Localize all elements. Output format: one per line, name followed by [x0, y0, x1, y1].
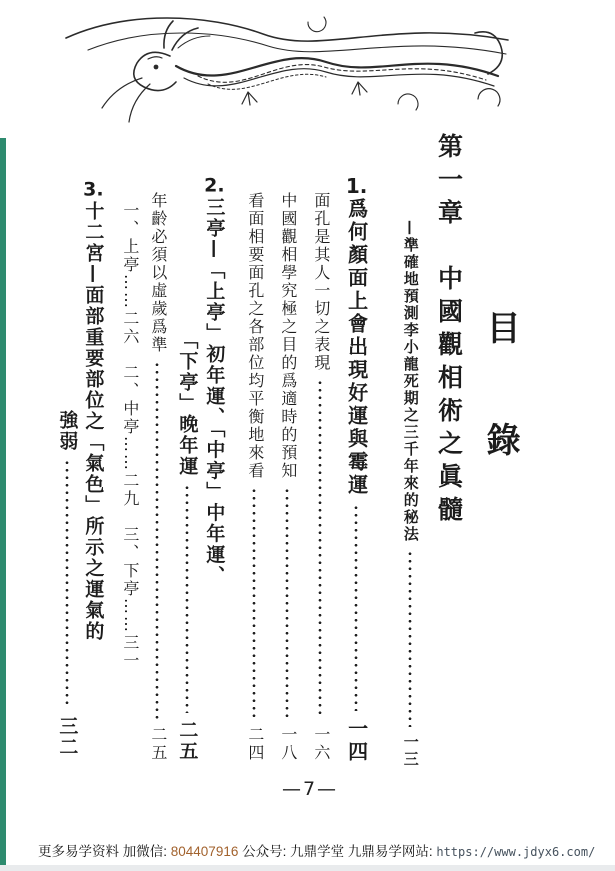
toc-entry-sec1-sub3: 看面相要面孔之各部位均平衡地來看 二四 — [245, 192, 264, 762]
dragon-illustration — [58, 4, 513, 130]
footer-wechat-number: 804407916 — [171, 844, 239, 859]
chapter-title: 第一章 中國觀相術之眞髓 — [434, 133, 464, 553]
entry-page-number: 一六 — [311, 726, 330, 762]
toc-entry-section-1: 1. 爲何顏面上會出現好運與霉運 一四 — [344, 176, 368, 764]
toc-entry-sec1-sub1: 面孔是其人一切之表現 一六 — [311, 192, 330, 762]
entry-text: 三亭—「上亭」初年運、「中亭」中年運、 — [203, 197, 225, 587]
left-accent-strip — [0, 138, 6, 871]
toc-entry-section-3-line2: 強弱 三二 — [56, 410, 78, 758]
leader-dots — [64, 459, 70, 709]
toc-heading-text: 目錄 — [480, 310, 520, 534]
toc-heading: 目錄 — [480, 310, 520, 560]
leader-dots — [407, 550, 413, 727]
footer: 更多易学资料 加微信: 804407916 公众号: 九鼎学堂 九鼎易学网站: … — [0, 841, 615, 865]
entry-page-number: 三二 — [56, 716, 78, 758]
leader-dots — [284, 487, 290, 719]
entry-text: 面孔是其人一切之表現 — [311, 192, 330, 372]
entry-text: 十二宮—面部重要部位之「氣色」所示之運氣的 — [82, 201, 104, 642]
leader-dots — [184, 484, 190, 713]
entry-page-number: 二五 — [176, 720, 198, 762]
toc-entry-section-2-line2: 「下亭」晚年運 二五 — [176, 330, 198, 762]
entry-text: 「下亭」晚年運 — [176, 330, 198, 477]
toc-entry-sec2-sub1: 年齡必須以虛歲爲準 二五 — [148, 192, 167, 762]
leader-dots — [353, 504, 359, 711]
leader-dots — [154, 361, 160, 719]
footer-middle: 公众号: 九鼎学堂 九鼎易学网站: — [238, 844, 436, 859]
entry-text: 看面相要面孔之各部位均平衡地來看 — [245, 192, 264, 480]
bottom-gray-bar — [0, 865, 615, 871]
toc-entry-sec2-sub2: 一、上亭……二六 二、中亭……二九 三、下亭……三一 — [120, 202, 139, 768]
footer-website-url: https://www.jdyx6.com/ — [436, 845, 595, 859]
toc-entry-sec1-sub2: 中國觀相學究極之目的爲適時的預知 一八 — [278, 192, 297, 762]
entry-text: —準確地預測李小龍死期之三千年來的秘法 — [401, 220, 419, 543]
section-number: 3. — [82, 180, 104, 199]
section-number: 1. — [344, 176, 368, 196]
entry-text: 年齡必須以虛歲爲準 — [148, 192, 167, 354]
toc-entry-subtitle: —準確地預測李小龍死期之三千年來的秘法 一三 — [401, 220, 419, 768]
toc-entry-section-3-line1: 3. 十二宮—面部重要部位之「氣色」所示之運氣的 — [82, 180, 104, 700]
page-number: —7— — [235, 778, 385, 800]
entry-text: 中國觀相學究極之目的爲適時的預知 — [278, 192, 297, 480]
toc-entry-section-2-line1: 2. 三亭—「上亭」初年運、「中亭」中年運、 — [203, 176, 225, 676]
entry-text: 爲何顏面上會出現好運與霉運 — [344, 198, 368, 497]
leader-dots — [317, 379, 323, 719]
chapter-title-text: 第一章 中國觀相術之眞髓 — [434, 133, 464, 529]
entry-page-number: 二五 — [148, 726, 167, 762]
entry-page-number: 一四 — [344, 718, 368, 764]
footer-prefix: 更多易学资料 加微信: — [38, 844, 171, 859]
leader-dots — [251, 487, 257, 719]
entry-page-number: 一三 — [401, 734, 419, 768]
entry-text: 一、上亭……二六 二、中亭……二九 三、下亭……三一 — [120, 202, 139, 670]
entry-text: 強弱 — [56, 410, 78, 452]
entry-page-number: 一八 — [278, 726, 297, 762]
entry-page-number: 二四 — [245, 726, 264, 762]
section-number: 2. — [203, 176, 225, 195]
